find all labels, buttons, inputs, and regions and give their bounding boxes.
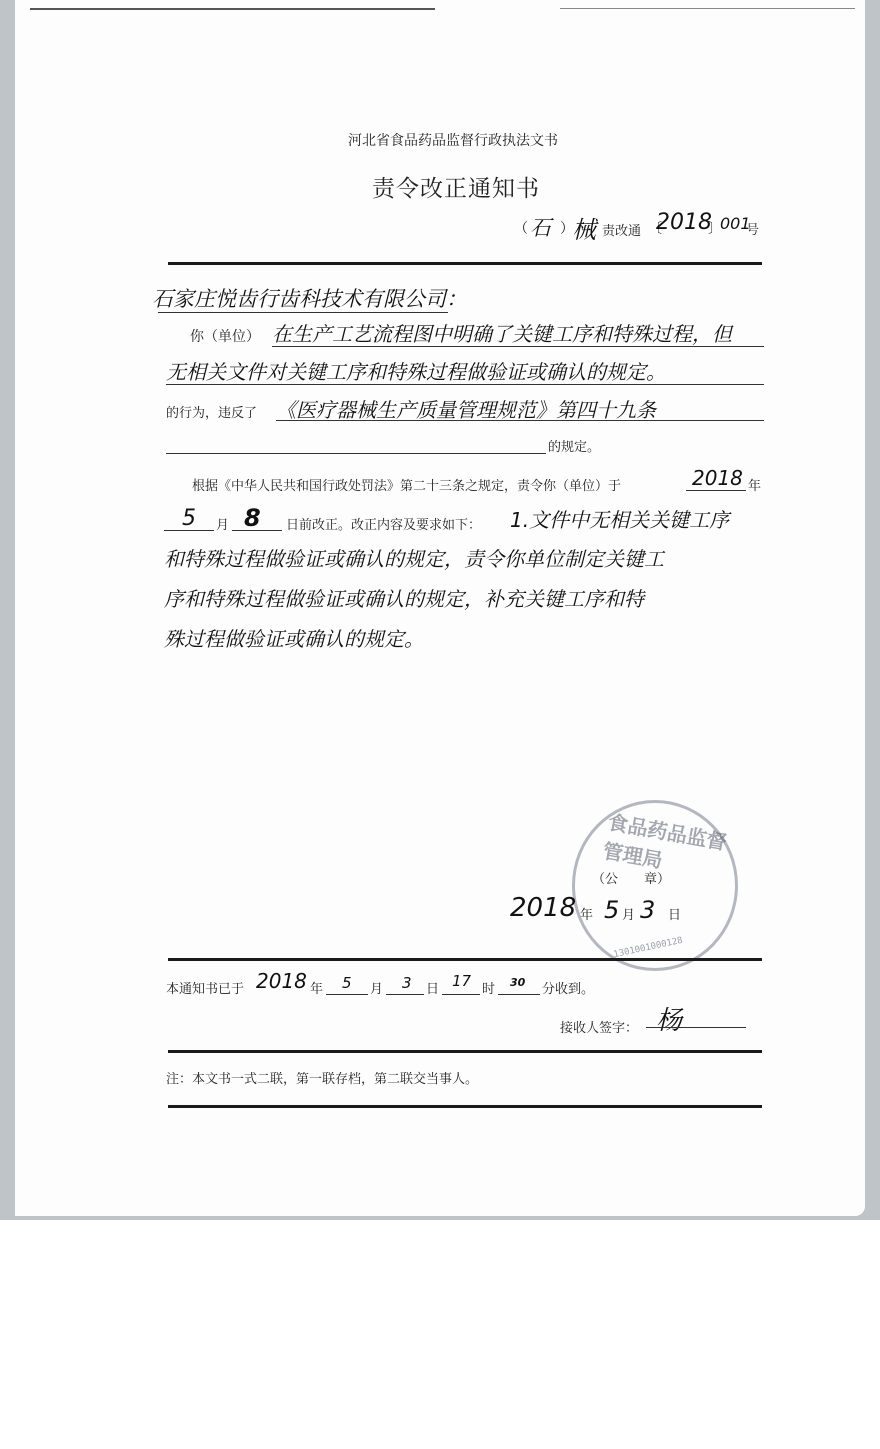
top-edge-rule: [30, 8, 435, 10]
provision-suffix: 的规定。: [548, 436, 600, 455]
requirement-line-2: 和特殊过程做验证或确认的规定，责令你单位制定关键工: [164, 543, 664, 572]
receipt-hour-underline: [442, 994, 480, 995]
receipt-minute-underline: [498, 994, 540, 995]
top-edge-rule-right: [560, 8, 855, 9]
doc-number-suffix: 号: [746, 219, 759, 238]
issue-date-month: 5: [604, 896, 619, 924]
document-title: 责令改正通知书: [372, 170, 540, 203]
receipt-day-label: 日: [426, 978, 439, 997]
deadline-day: 8: [244, 504, 261, 532]
receiver-signature: 杨: [656, 1000, 682, 1037]
violation-prefix: 你（单位）: [190, 326, 260, 346]
footnote: 注：本文书一式二联，第一联存档，第二联交当事人。: [166, 1068, 478, 1087]
receipt-year: 2018: [256, 969, 307, 993]
seal-label: （公 章）: [592, 868, 670, 887]
receipt-year-label: 年: [310, 978, 323, 997]
requirement-line-4: 殊过程做验证或确认的规定。: [164, 623, 424, 652]
deadline-month-underline: [164, 530, 214, 531]
violation-underline-2: [166, 384, 764, 385]
deadline-year-label: 年: [748, 475, 761, 494]
receipt-month-label: 月: [370, 978, 383, 997]
receipt-hour: 17: [452, 972, 471, 990]
issue-date-day-label: 日: [668, 904, 681, 923]
receipt-minute: 30: [510, 976, 525, 989]
requirement-line-1: 1.文件中无相关关键工序: [510, 504, 729, 533]
issue-date-day: 3: [640, 896, 655, 924]
recipient-underline: [158, 312, 448, 313]
receipt-month-underline: [326, 994, 368, 995]
provision-underline: [166, 453, 546, 454]
deadline-year-underline: [686, 490, 746, 491]
violation-line-1: 在生产工艺流程图中明确了关键工序和特殊过程，但: [272, 318, 732, 347]
document-header: 河北省食品药品监督行政执法文书: [348, 130, 558, 150]
doc-number-region: 石: [530, 212, 551, 242]
signature-underline: [646, 1027, 746, 1028]
deadline-day-label: 日前改正。改正内容及要求如下：: [286, 514, 481, 533]
deadline-day-underline: [232, 530, 282, 531]
divider-note: [168, 1050, 762, 1053]
doc-number-year: 2018: [656, 210, 712, 235]
doc-number-type: 责改通: [602, 220, 641, 239]
issue-date-year: 2018: [510, 893, 576, 923]
deadline-year: 2018: [692, 466, 743, 490]
receipt-minute-label: 分收到。: [542, 978, 594, 997]
order-basis: 根据《中华人民共和国行政处罚法》第二十三条之规定，责令你（单位）于: [192, 475, 621, 494]
signature-label: 接收人签字：: [560, 1017, 638, 1036]
doc-number-open-paren: （: [514, 218, 528, 238]
recipient-name: 石家庄悦齿行齿科技术有限公司：: [152, 283, 467, 313]
receipt-day: 3: [402, 974, 412, 992]
receipt-hour-label: 时: [482, 978, 495, 997]
deadline-month-label: 月: [216, 514, 229, 533]
receipt-prefix: 本通知书已于: [166, 978, 244, 997]
regulation-underline: [276, 420, 764, 421]
requirement-line-3: 序和特殊过程做验证或确认的规定，补充关键工序和特: [164, 583, 644, 612]
deadline-month: 5: [182, 506, 196, 531]
behavior-label: 的行为，违反了: [166, 402, 257, 421]
receipt-month: 5: [342, 974, 352, 992]
issue-date-month-label: 月: [622, 904, 635, 923]
violation-line-2: 无相关文件对关键工序和特殊过程做验证或确认的规定。: [166, 356, 666, 385]
divider-top: [168, 262, 762, 265]
violation-underline-1: [272, 346, 764, 347]
receipt-day-underline: [386, 994, 424, 995]
seal-code: 1301001000128: [613, 936, 684, 960]
doc-number-category: 械: [572, 210, 596, 245]
violated-regulation: 《医疗器械生产质量管理规范》第四十九条: [276, 394, 656, 423]
divider-receipt: [168, 958, 762, 961]
divider-bottom: [168, 1105, 762, 1108]
issue-date-year-label: 年: [580, 904, 593, 923]
